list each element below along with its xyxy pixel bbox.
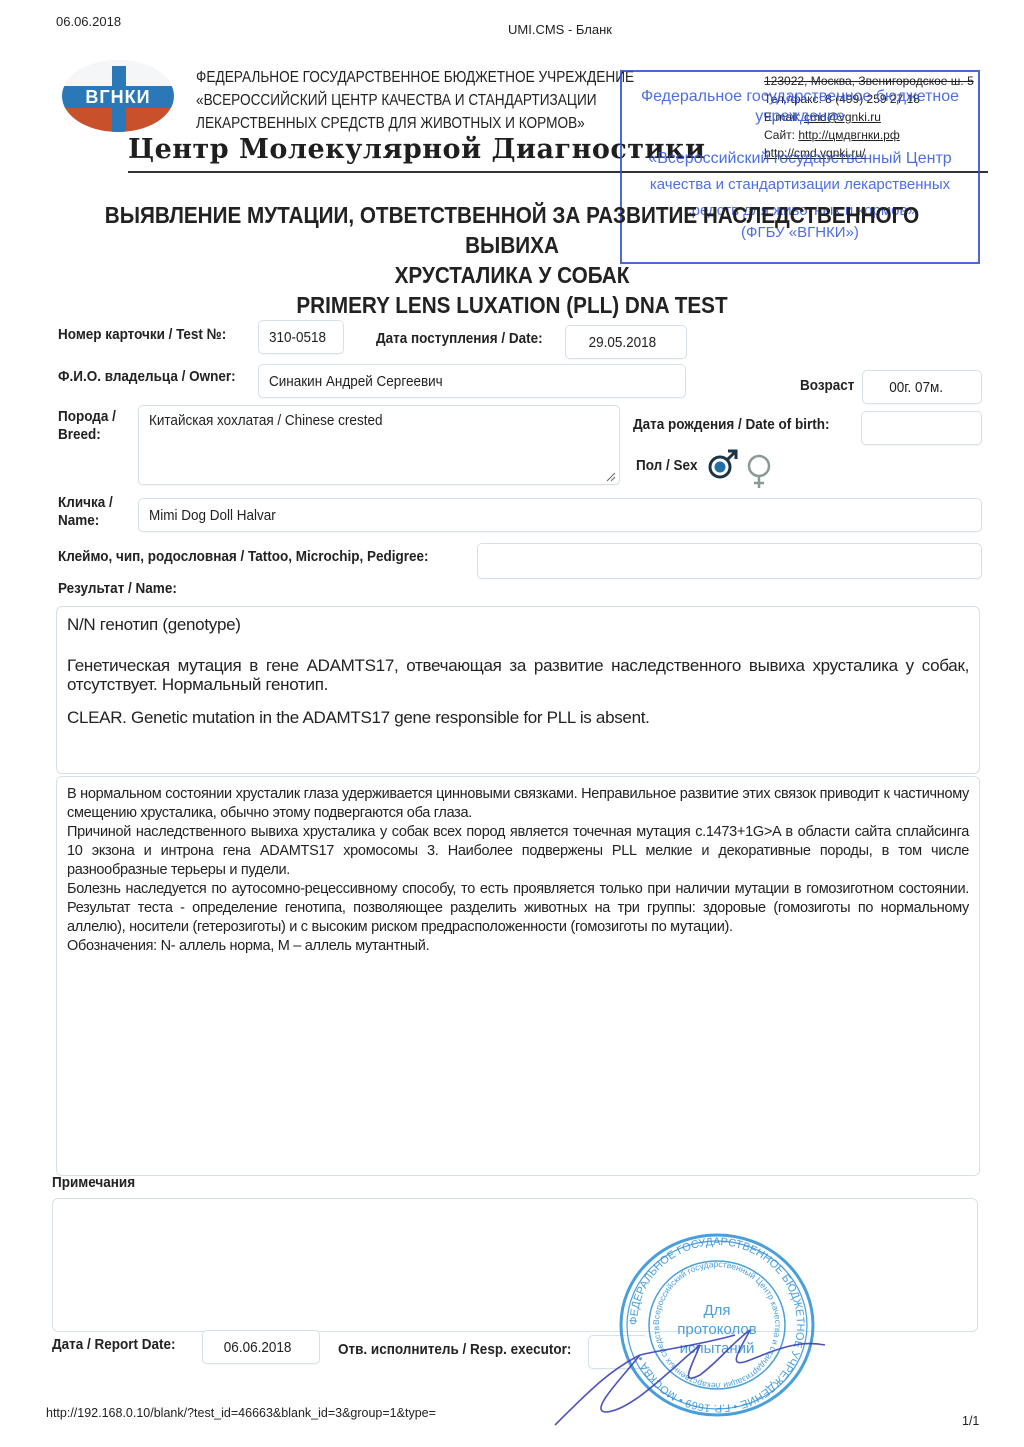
owner-label: Ф.И.О. владельца / Owner: — [58, 368, 236, 385]
result-ru: Генетическая мутация в гене ADAMTS17, от… — [67, 656, 969, 694]
print-page-title: UMI.CMS - Бланк — [508, 22, 612, 37]
test-no-field[interactable]: 310-0518 — [258, 320, 344, 354]
dob-label: Дата рождения / Date of birth: — [633, 416, 830, 433]
print-date: 06.06.2018 — [56, 14, 121, 29]
org-line-3: ЛЕКАРСТВЕННЫХ СРЕДСТВ ДЛЯ ЖИВОТНЫХ И КОР… — [196, 112, 566, 135]
description-p2: Причиной наследственного вывиха хрустали… — [67, 823, 969, 880]
report-date-value: 06.06.2018 — [213, 1339, 291, 1356]
description-textarea[interactable]: В нормальном состоянии хрусталик глаза у… — [56, 776, 980, 1176]
title-line-1: ВЫЯВЛЕНИЕ МУТАЦИИ, ОТВЕТСТВЕННОЙ ЗА РАЗВ… — [87, 200, 937, 260]
sex-male-radio[interactable] — [706, 448, 740, 482]
stamp-line: учреждение — [622, 108, 978, 126]
tattoo-field[interactable] — [477, 543, 982, 579]
male-symbol-icon — [706, 448, 740, 482]
date-received-value: 29.05.2018 — [576, 334, 656, 351]
result-textarea[interactable]: N/N генотип (genotype) Генетическая мута… — [56, 606, 980, 774]
age-field[interactable]: 00г. 07м. — [862, 370, 982, 404]
sex-label: Пол / Sex — [636, 457, 697, 474]
page-url: http://192.168.0.10/blank/?test_id=46663… — [46, 1406, 436, 1420]
age-value: 00г. 07м. — [873, 379, 943, 396]
owner-value: Синакин Андрей Сергеевич — [269, 373, 443, 390]
executor-label: Отв. исполнитель / Resp. executor: — [338, 1341, 571, 1358]
age-label: Возраст — [800, 377, 854, 394]
stamp-line: Федеральное государственное бюджетное — [622, 88, 978, 106]
logo-text: ВГНКИ — [62, 86, 174, 108]
center-name: Центр Молекулярной Диагностики — [128, 134, 706, 165]
description-p4: Обозначения: N- аллель норма, M – аллель… — [67, 937, 969, 956]
name-label: Кличка / Name: — [58, 494, 113, 530]
stamp-line: качества и стандартизации лекарственных — [622, 176, 978, 193]
result-label: Результат / Name: — [58, 580, 177, 597]
owner-field[interactable]: Синакин Андрей Сергеевич — [258, 364, 686, 398]
name-field[interactable]: Mimi Dog Doll Halvar — [138, 498, 982, 532]
report-date-label: Дата / Report Date: — [52, 1336, 176, 1353]
report-date-field[interactable]: 06.06.2018 — [202, 1330, 320, 1364]
document-title: ВЫЯВЛЕНИЕ МУТАЦИИ, ОТВЕТСТВЕННОЙ ЗА РАЗВ… — [87, 200, 937, 320]
name-label-en: Name: — [58, 512, 113, 530]
test-no-value: 310-0518 — [269, 329, 326, 346]
org-line-1: ФЕДЕРАЛЬНОЕ ГОСУДАРСТВЕННОЕ БЮДЖЕТНОЕ УЧ… — [196, 66, 566, 89]
female-symbol-icon — [744, 452, 774, 492]
breed-label-en: Breed: — [58, 426, 116, 444]
signature — [550, 1300, 850, 1440]
description-p3: Болезнь наследуется по аутосомно-рецесси… — [67, 880, 969, 937]
result-en: CLEAR. Genetic mutation in the ADAMTS17 … — [67, 708, 969, 727]
stamp-line: «Всероссийский государственный Центр — [622, 150, 978, 168]
vgnki-logo: ВГНКИ — [62, 60, 174, 132]
tattoo-label: Клеймо, чип, родословная / Tattoo, Micro… — [58, 548, 429, 565]
title-line-3: PRIMERY LENS LUXATION (PLL) DNA TEST — [87, 290, 937, 320]
notes-label: Примечания — [52, 1174, 135, 1191]
breed-label-ru: Порода / — [58, 408, 116, 426]
dob-field[interactable] — [861, 411, 982, 445]
breed-label: Порода / Breed: — [58, 408, 116, 444]
org-line-2: «ВСЕРОССИЙСКИЙ ЦЕНТР КАЧЕСТВА И СТАНДАРТ… — [196, 89, 566, 112]
date-received-field[interactable]: 29.05.2018 — [565, 325, 687, 359]
sex-female-radio[interactable] — [744, 452, 774, 492]
page-number: 1/1 — [962, 1414, 979, 1428]
date-received-label: Дата поступления / Date: — [376, 330, 543, 347]
name-label-ru: Кличка / — [58, 494, 113, 512]
resize-handle-icon[interactable] — [606, 472, 616, 482]
description-p1: В нормальном состоянии хрусталик глаза у… — [67, 785, 969, 823]
name-value: Mimi Dog Doll Halvar — [149, 507, 276, 524]
title-line-2: ХРУСТАЛИКА У СОБАК — [87, 260, 937, 290]
test-no-label: Номер карточки / Test №: — [58, 326, 226, 343]
result-genotype: N/N генотип (genotype) — [67, 615, 969, 634]
breed-value: Китайская хохлатая / Chinese crested — [149, 412, 382, 429]
signature-icon — [550, 1300, 850, 1440]
breed-textarea[interactable]: Китайская хохлатая / Chinese crested — [138, 405, 620, 485]
organization-name: ФЕДЕРАЛЬНОЕ ГОСУДАРСТВЕННОЕ БЮДЖЕТНОЕ УЧ… — [196, 66, 566, 135]
